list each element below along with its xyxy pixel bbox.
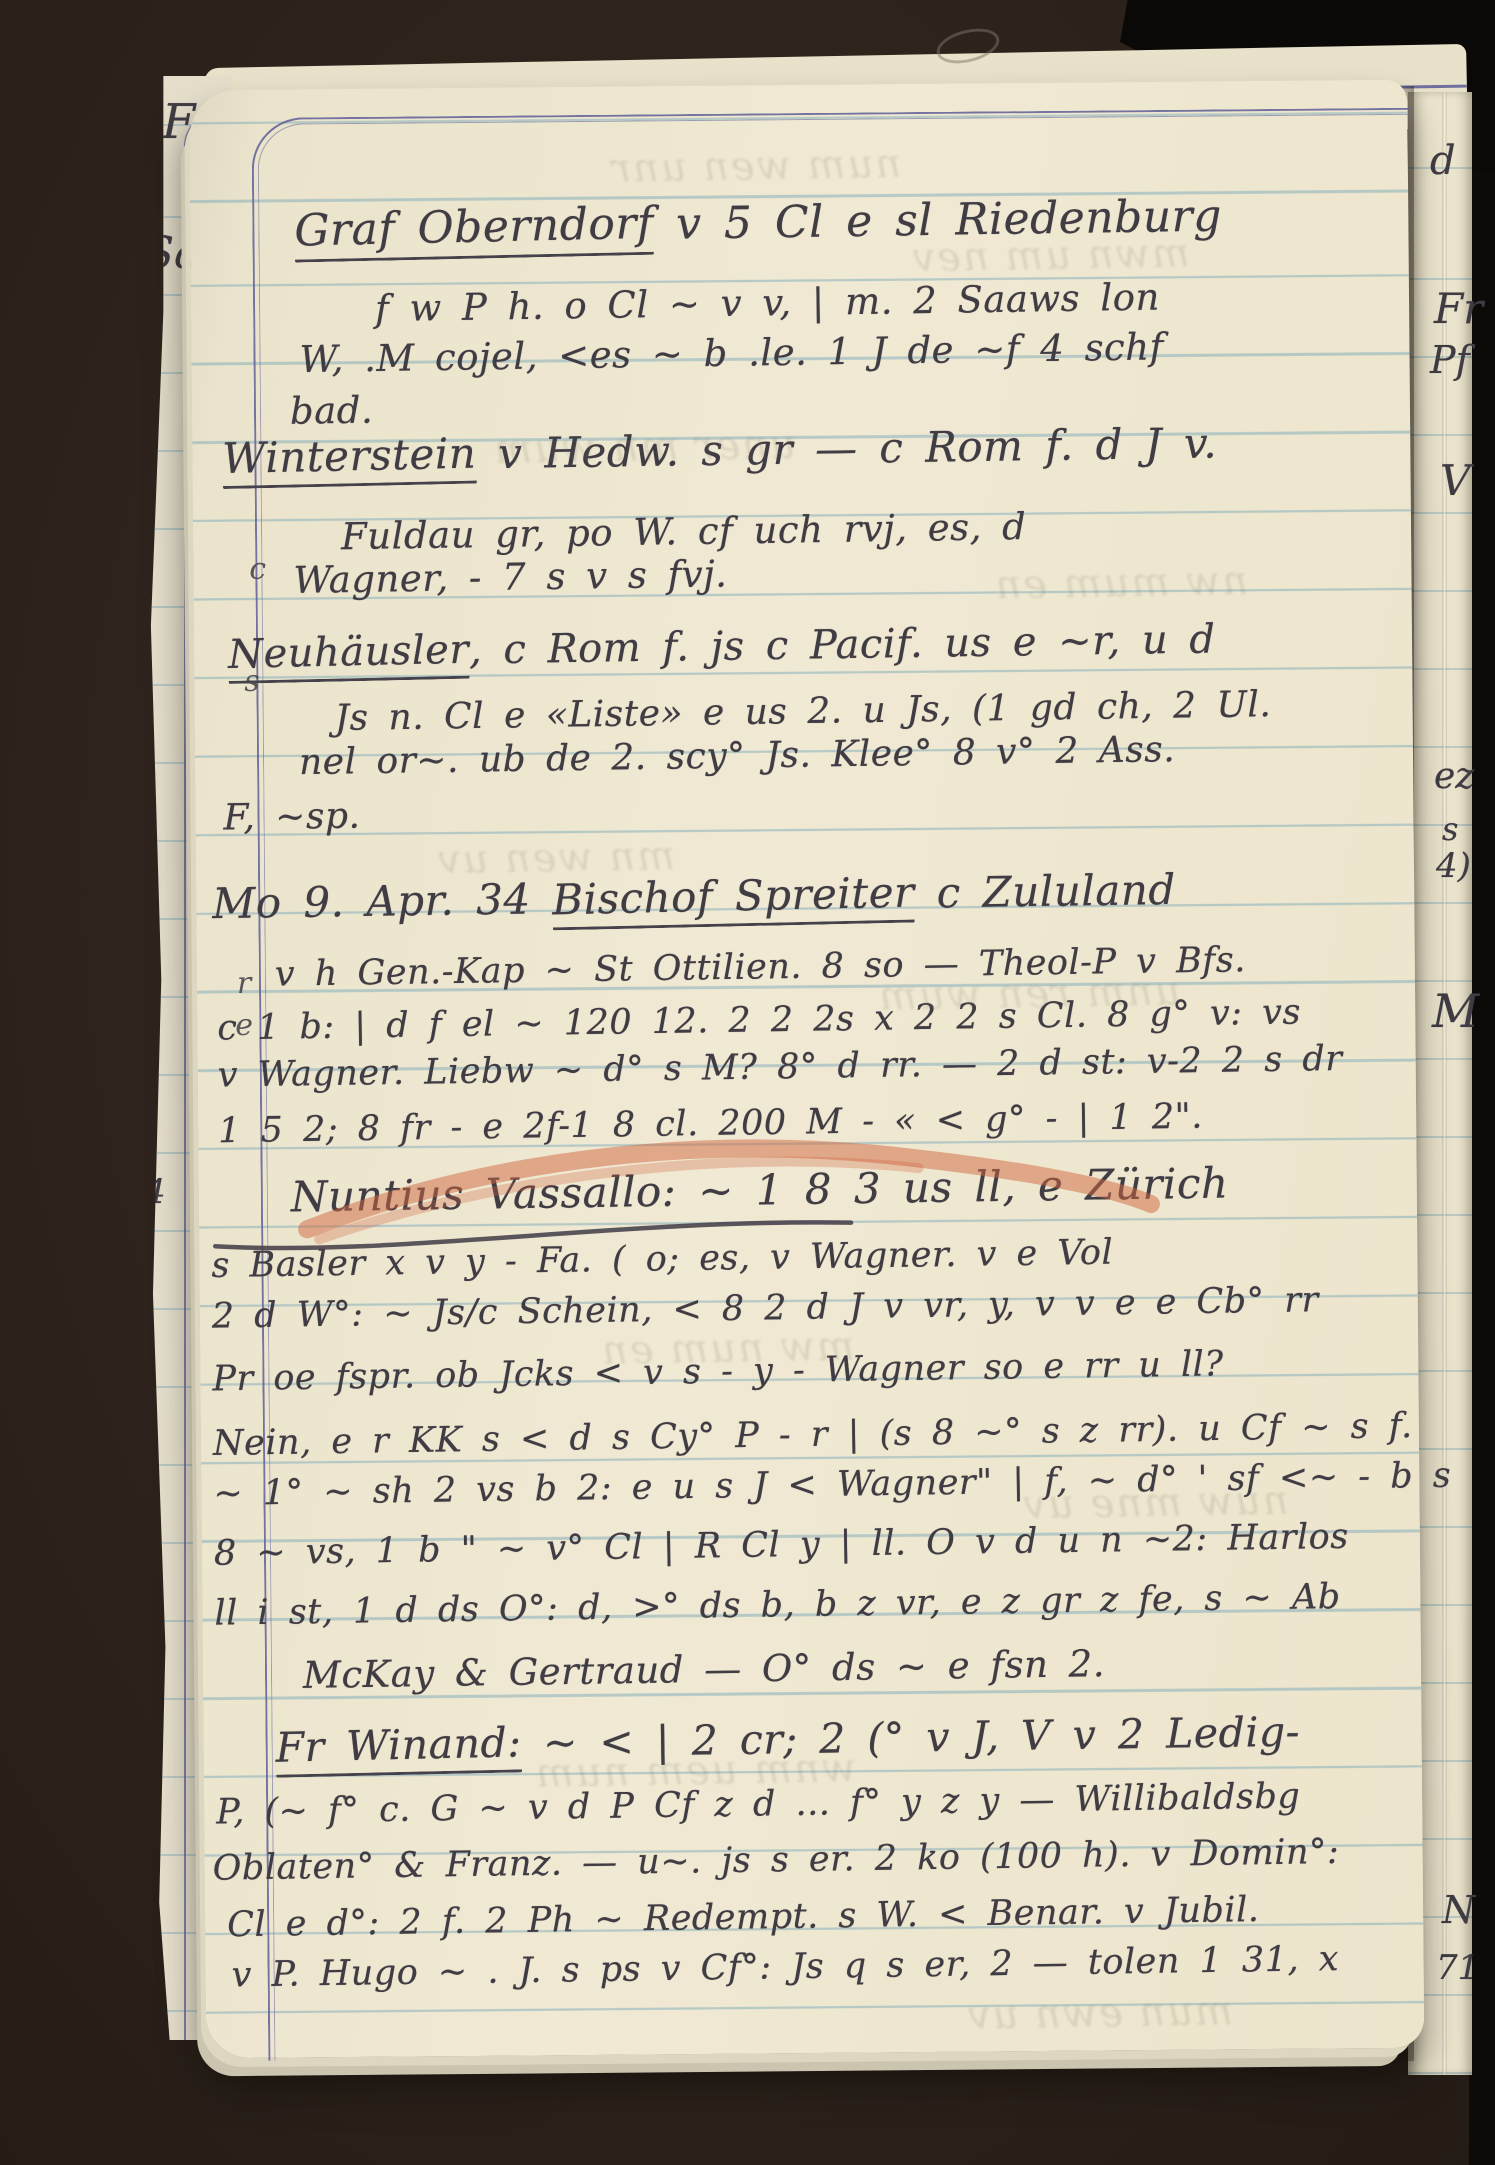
bleedthrough-mark: mun ewn uv xyxy=(966,1988,1234,2039)
right-page-fragment: 71 xyxy=(1436,1948,1479,1988)
right-page-fragment: 4) xyxy=(1436,846,1471,886)
bleedthrough-mark: nw mum en xyxy=(993,558,1248,608)
bleedthrough-mark: wnm uem num xyxy=(533,1745,856,1797)
handwritten-line: Wagner, - 7 s v s fvj. xyxy=(293,552,728,601)
right-page-fold-crease xyxy=(1442,92,1447,2075)
margin-mark: r xyxy=(237,966,252,1001)
handwritten-line: f w P h. o Cl ~ v v, | m. 2 Saaws lon xyxy=(375,276,1160,331)
right-page-fragment: V xyxy=(1440,456,1470,505)
handwritten-line: ll i st, 1 d ds O°: d, >° ds b, b z vr, … xyxy=(214,1577,1341,1634)
left-page-fragment: 4 xyxy=(144,1172,166,1212)
right-page-fragment: Fr xyxy=(1434,284,1483,333)
handwritten-line: 1 5 2; 8 fr - e 2f-1 8 cl. 200 M - « < g… xyxy=(218,1097,1203,1152)
bleedthrough-mark: mwn um nev xyxy=(910,230,1190,281)
left-page-fragment: - xyxy=(134,712,146,753)
right-page-fragment: M xyxy=(1432,984,1479,1038)
bleedthrough-mark: nuw mne uv xyxy=(1021,1478,1289,1529)
handwritten-line: Nein, e r KK s < d s Cy° P - r | (s 8 ~°… xyxy=(213,1406,1413,1464)
right-page-fragment: ez xyxy=(1434,756,1474,797)
right-page-fragment: d xyxy=(1430,138,1456,184)
bleedthrough-mark: uner mn wum xyxy=(492,422,796,473)
margin-mark: e xyxy=(235,1008,253,1043)
margin-mark: s xyxy=(244,664,260,699)
main-page-ink: Graf Oberndorf v 5 Cl e sl Riedenburgf w… xyxy=(189,80,1424,2059)
bleedthrough-mark: mw num en xyxy=(600,1324,855,1374)
handwritten-line: McKay & Gertraud — O° ds ~ e fsn 2. xyxy=(303,1642,1106,1697)
handwritten-line: s Basler x v y - Fa. ( o; es, v Wagner. … xyxy=(211,1233,1113,1286)
handwritten-line: v P. Hugo ~ . J. s ps v Cf°: Js q s er, … xyxy=(231,1939,1339,1995)
bleedthrough-mark: num wen unr xyxy=(609,141,901,192)
handwritten-line: Fuldau gr, po W. cf uch rvj, es, d xyxy=(341,505,1027,558)
bleedthrough-mark: unm ren wum xyxy=(877,968,1181,1019)
handwritten-line: bad. xyxy=(290,389,374,433)
handwritten-line: v Wagner. Liebw ~ d° s M? 8° d rr. — 2 d… xyxy=(217,1039,1342,1096)
handwritten-line: F, ~sp. xyxy=(223,796,360,839)
right-page-fragment: Pf xyxy=(1430,338,1470,382)
handwritten-line: Cl e d°: 2 f. 2 Ph ~ Redempt. s W. < Ben… xyxy=(227,1890,1260,1945)
bleedthrough-mark: mn wen uv xyxy=(435,833,675,883)
right-page-fragment: N xyxy=(1442,1888,1475,1932)
entry-heading-nuntius-vassallo: Nuntius Vassallo: ~ 1 8 3 us ll, e Züric… xyxy=(290,1159,1228,1222)
entry-heading-neuhaeusler: Neuhäusler, c Rom f. js c Pacif. us e ~r… xyxy=(228,616,1216,683)
handwritten-line: Oblaten° & Franz. — u~. js s er. 2 ko (1… xyxy=(212,1832,1339,1889)
entry-heading-bischof-spreiter: Mo 9. Apr. 34 Bischof Spreiter c Zululan… xyxy=(212,865,1176,934)
right-page-fragment: s xyxy=(1442,810,1458,848)
notebook-scan: dFrPfVezs4)MN71 FrSa:-4 Graf Oberndorf v… xyxy=(0,0,1495,2165)
margin-mark: c xyxy=(249,552,266,587)
main-page: Graf Oberndorf v 5 Cl e sl Riedenburgf w… xyxy=(189,80,1424,2059)
handwritten-line: W, .M cojel, <es ~ b .le. 1 J de ~f 4 sc… xyxy=(299,325,1164,381)
